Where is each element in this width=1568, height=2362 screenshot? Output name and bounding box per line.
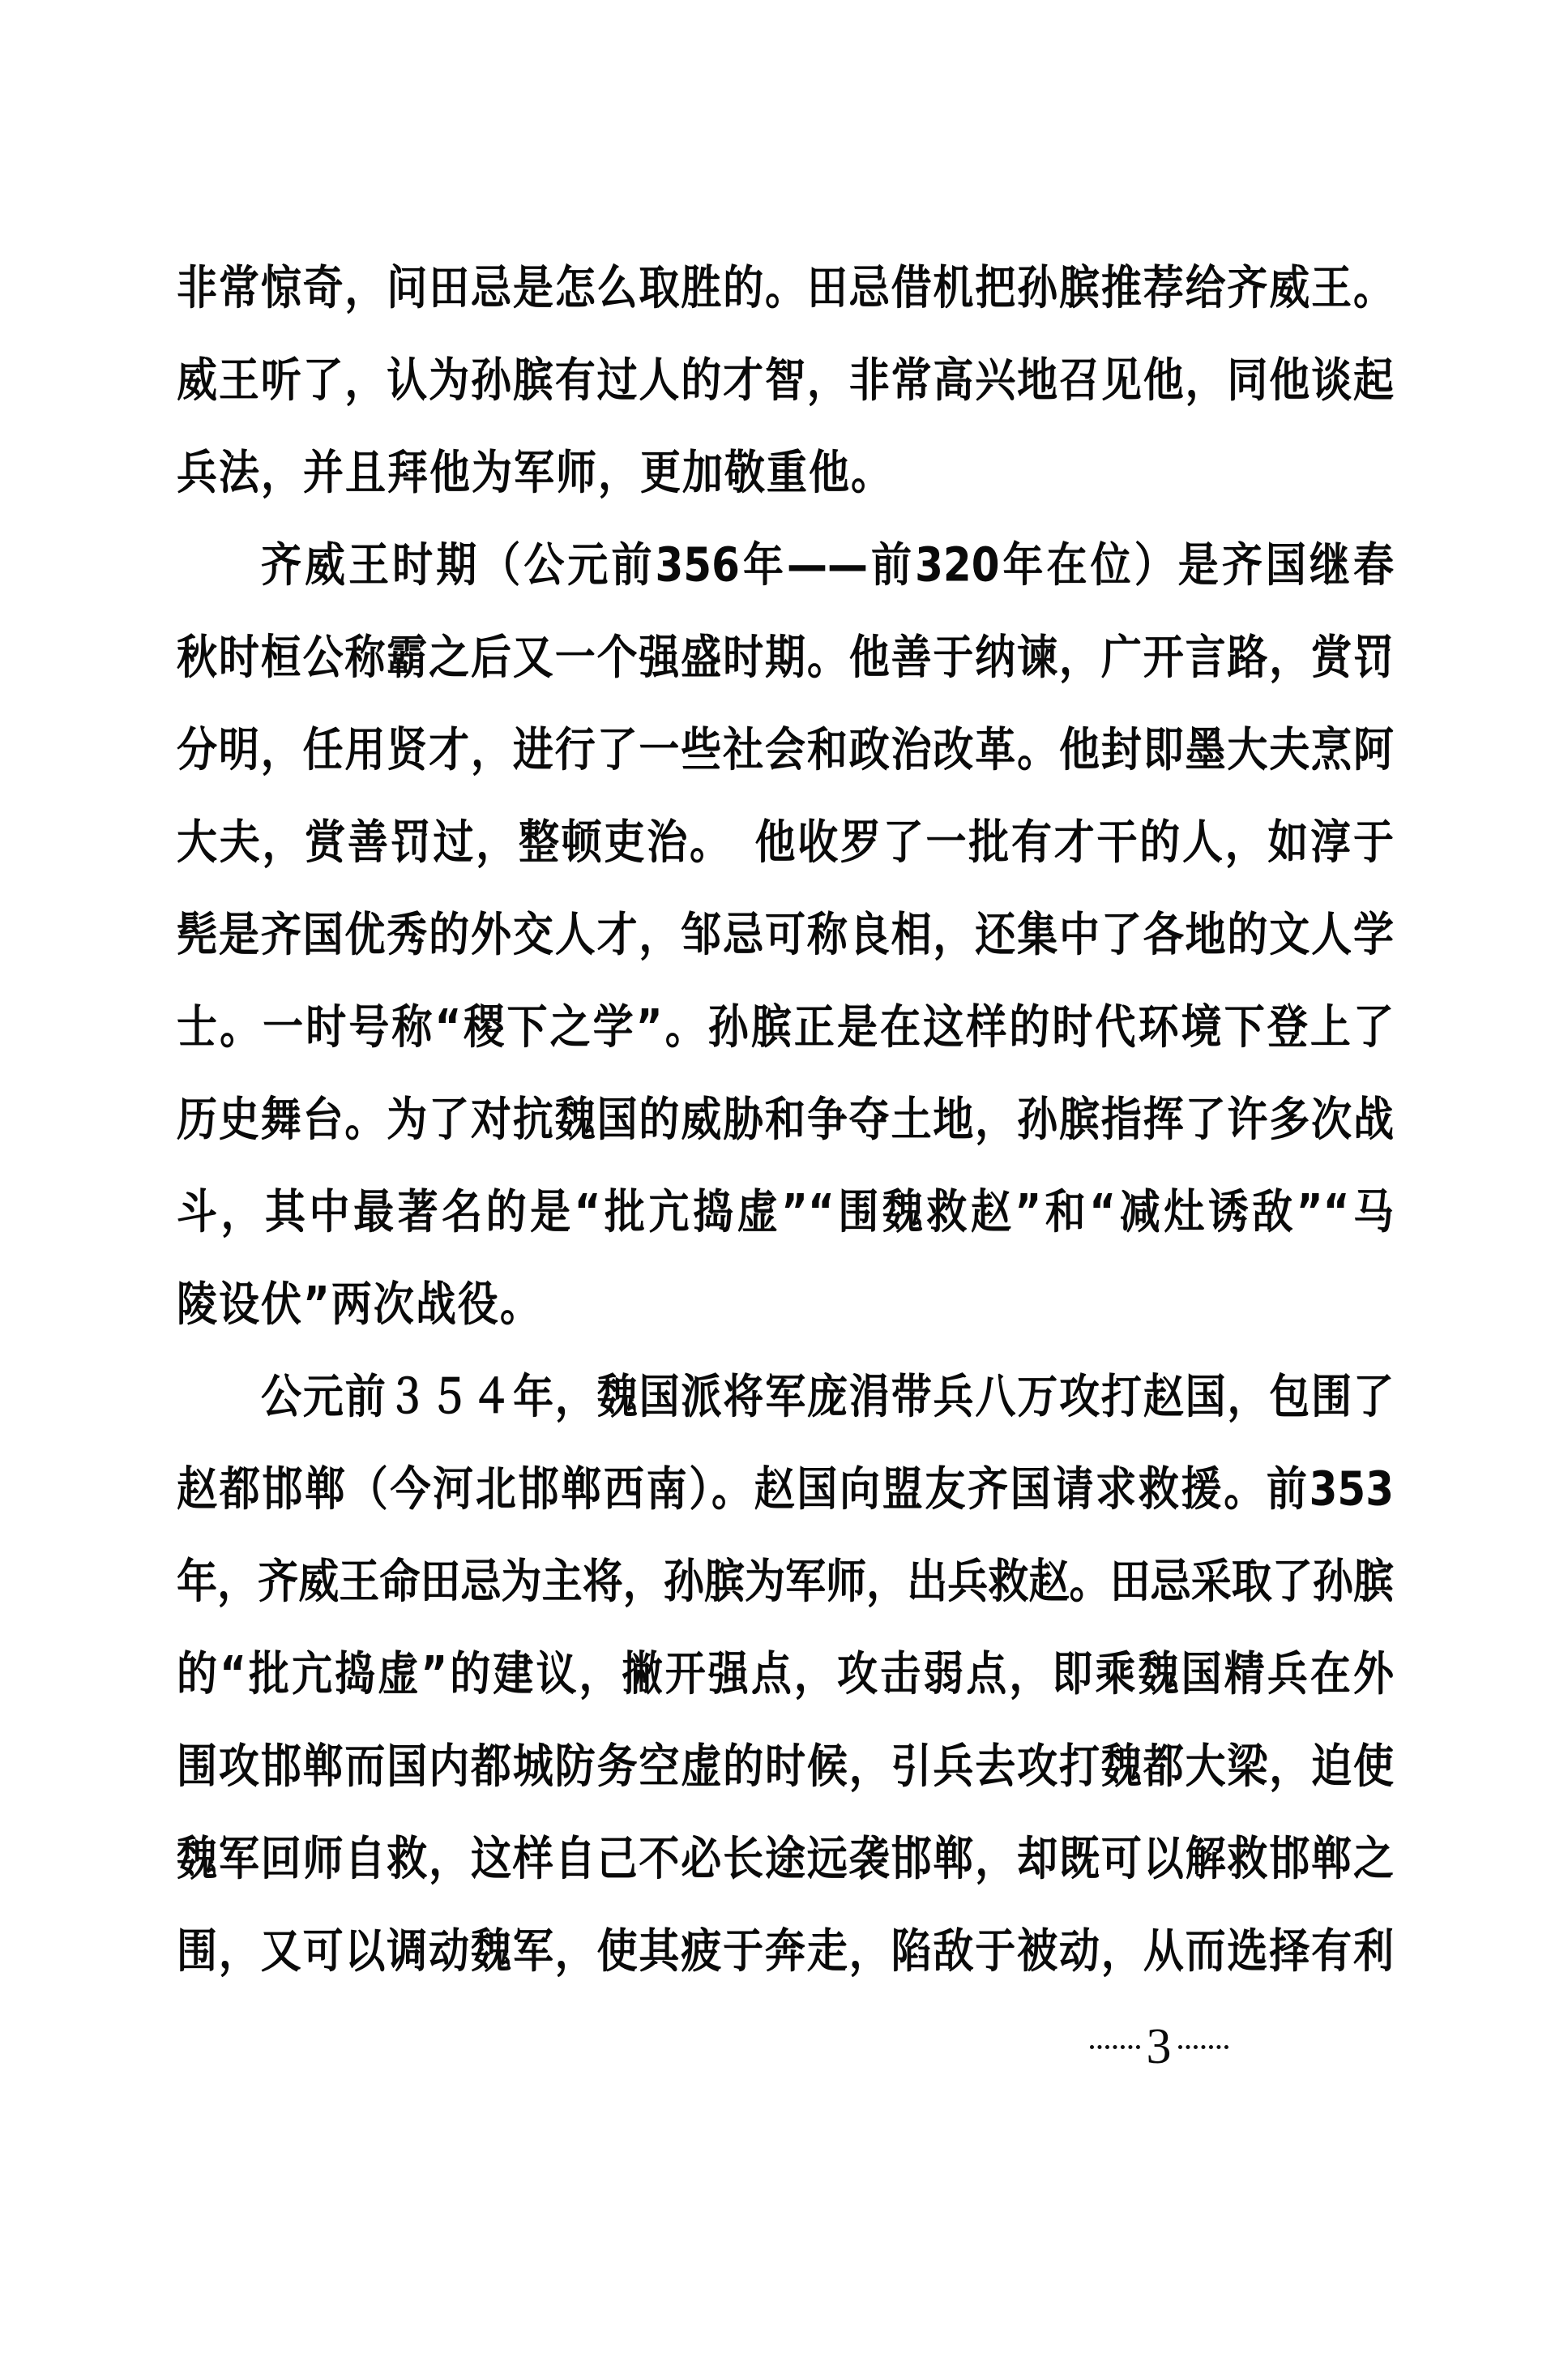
page-body: 非常惊奇，问田忌是怎么取胜的。田忌借机把孙膑推荐给齐威王。 威王听了，认为孙膑有…	[177, 242, 1394, 1997]
text-line: 分明，任用贤才，进行了一些社会和政治改革。他封即墨大夫烹阿	[177, 696, 1394, 802]
text-line: 大夫，赏善罚过，整顿吏治。 他收罗了一批有才干的人，如淳于	[177, 789, 1394, 895]
text-line: 魏军回师自救，这样自己不必长途远袭邯郸，却既可以解救邯郸之	[177, 1805, 1394, 1911]
text-line: 历史舞台。为了对抗魏国的威胁和争夺土地，孙膑指挥了许多次战	[177, 1066, 1394, 1172]
text-line: 赵都邯郸（今河北邯郸西南）。赵国向盟友齐国请求救援。前353	[177, 1436, 1394, 1542]
page-footer: 3	[1086, 2018, 1232, 2075]
page-number-dash-right	[1178, 2045, 1228, 2049]
text-line: 陵设伏”两次战役。	[177, 1251, 1394, 1357]
paragraph-qi-weiwang: 齐威王时期（公元前356年——前320年在位）是齐国继春 秋时桓公称霸之后又一个…	[177, 519, 1394, 1350]
text-line: 齐威王时期（公元前356年——前320年在位）是齐国继春	[177, 511, 1394, 618]
text-line: 非常惊奇，问田忌是怎么取胜的。田忌借机把孙膑推荐给齐威王。	[177, 234, 1394, 340]
page-number: 3	[1147, 2022, 1172, 2072]
paragraph-continued: 非常惊奇，问田忌是怎么取胜的。田忌借机把孙膑推荐给齐威王。 威王听了，认为孙膑有…	[177, 242, 1394, 519]
text-line: 围攻邯郸而国内都城防务空虚的时候，引兵去攻打魏都大梁，迫使	[177, 1713, 1394, 1819]
text-line: 围，又可以调动魏军，使其疲于奔走，陷敌于被动，从而选择有利	[177, 1898, 1394, 2004]
text-line: 髡是齐国优秀的外交人才，邹忌可称良相，还集中了各地的文人学	[177, 881, 1394, 987]
text-line: 的“批亢捣虚”的建议，撇开强点，攻击弱点，即乘魏国精兵在外	[177, 1620, 1394, 1727]
text-line: 士。一时号称“稷下之学”。孙膑正是在这样的时代环境下登上了	[177, 973, 1394, 1080]
paragraph-354bc: 公元前３５４年，魏国派将军庞涓带兵八万攻打赵国，包围了 赵都邯郸（今河北邯郸西南…	[177, 1350, 1394, 1997]
text-line: 斗，其中最著名的是“批亢捣虚”“围魏救赵”和“减灶诱敌”“马	[177, 1158, 1394, 1264]
text-line: 秋时桓公称霸之后又一个强盛时期。他善于纳谏，广开言路，赏罚	[177, 604, 1394, 710]
text-line: 公元前３５４年，魏国派将军庞涓带兵八万攻打赵国，包围了	[177, 1343, 1394, 1449]
text-line: 年，齐威王命田忌为主将，孙膑为军师，出兵救赵。田忌采取了孙膑	[177, 1528, 1394, 1634]
page-number-dash-left	[1090, 2045, 1140, 2049]
text-line: 兵法，并且拜他为军师，更加敬重他。	[177, 419, 1394, 525]
text-line: 威王听了，认为孙膑有过人的才智，非常高兴地召见他，同他谈起	[177, 327, 1394, 433]
